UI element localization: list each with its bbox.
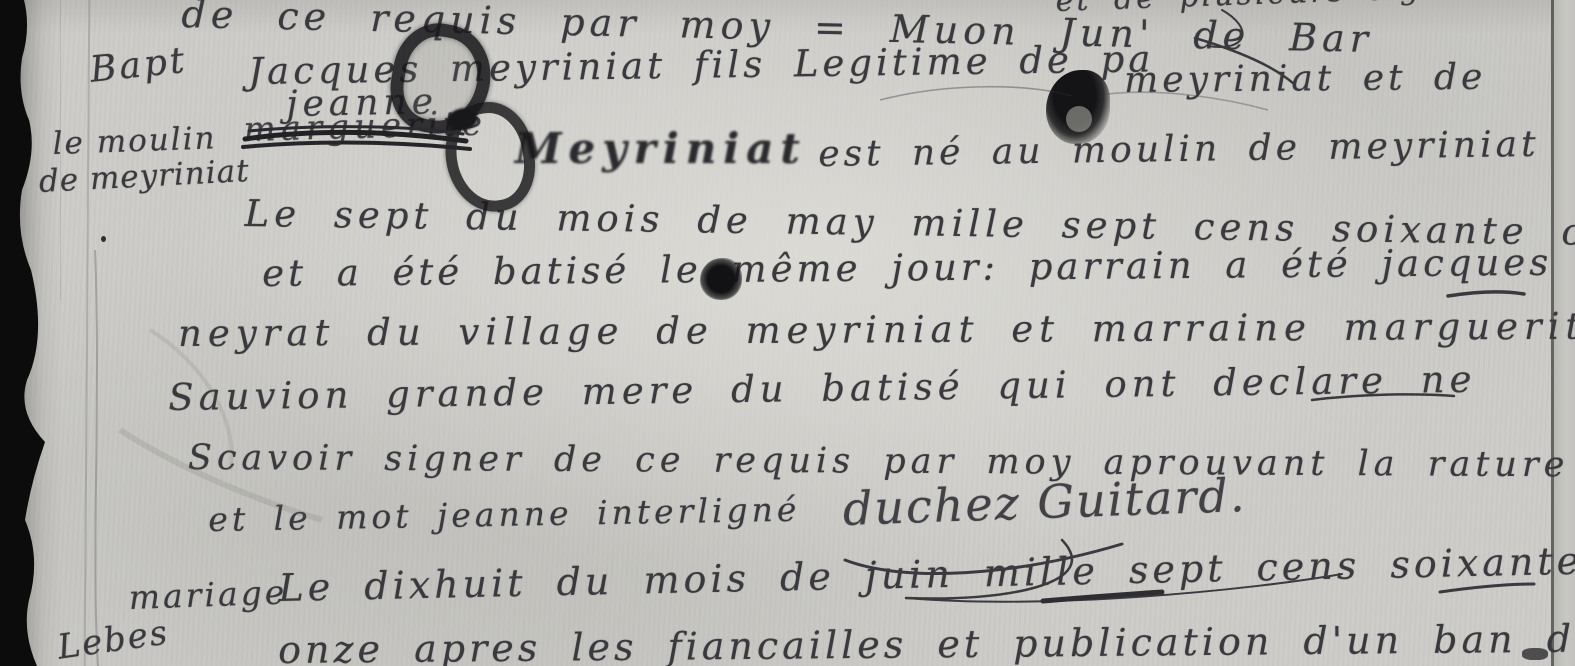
scratch-line-right	[1108, 92, 1268, 110]
binding-torn-edge	[0, 0, 45, 666]
paper-crease-vertical	[95, 250, 98, 666]
flourish-after-bar	[1195, 38, 1294, 84]
manuscript-page: Bapt le moulin de meyriniat mariage Lebe…	[0, 0, 1575, 666]
dash-after-soixante	[1440, 584, 1534, 592]
signature-tail	[906, 540, 1072, 599]
paper-crease-curve	[150, 330, 232, 470]
scratch-line-left	[880, 87, 1072, 100]
ink-flourishes-overlay	[0, 0, 1575, 666]
signature-underline	[845, 544, 1122, 574]
paper-crease-diagonal	[120, 430, 322, 520]
flourish-top-right	[1208, 10, 1243, 47]
dash-after-ne	[1312, 394, 1454, 400]
dash-after-jacques	[1448, 292, 1524, 296]
strike-scribble-1	[245, 132, 466, 141]
strike-scribble-2	[243, 143, 470, 149]
